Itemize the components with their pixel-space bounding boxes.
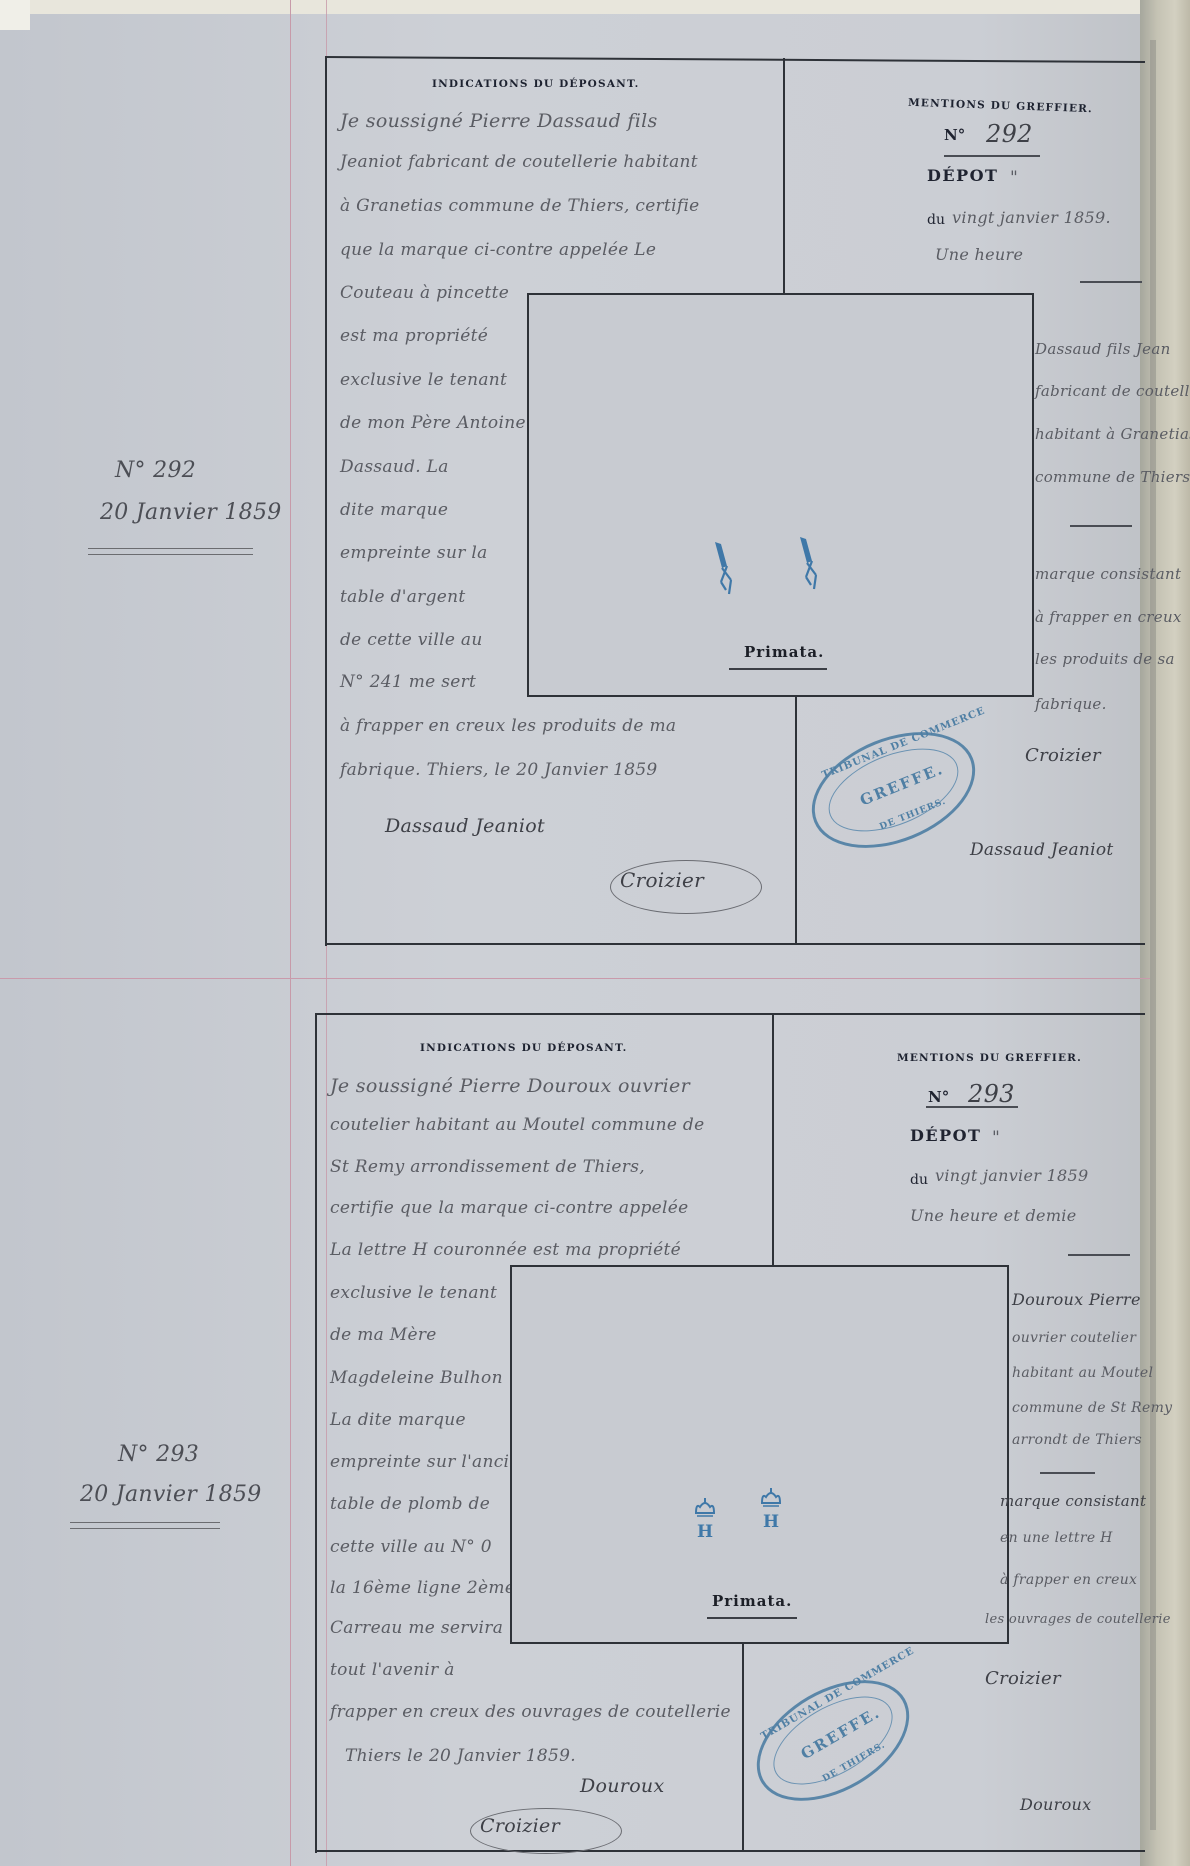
header-depositor: INDICATIONS DU DÉPOSANT.	[420, 1042, 627, 1054]
margin-note-number: N° 292	[115, 458, 196, 483]
number-value: 292	[986, 120, 1033, 148]
clerk-note-line: Douroux Pierre	[1012, 1290, 1141, 1309]
declaration-line: de mon Père Antoine	[340, 413, 526, 433]
header-depositor: INDICATIONS DU DÉPOSANT.	[432, 78, 639, 90]
declaration-line: est ma propriété	[340, 326, 488, 346]
number-label: N°	[944, 126, 965, 144]
clerk-note-line: commune de Thiers	[1035, 468, 1190, 486]
mark-box: H H Primata.	[510, 1265, 1009, 1644]
clerk-note-line: à frapper en creux	[1000, 1572, 1137, 1588]
page-corner	[0, 0, 30, 30]
clerk-note-line: commune de St Remy	[1012, 1400, 1172, 1416]
depot-label: DÉPOT	[927, 166, 998, 185]
number-label: N°	[928, 1088, 949, 1106]
number-underline	[926, 1106, 1018, 1108]
signature-flourish	[610, 860, 762, 914]
declaration-line: exclusive le tenant	[330, 1283, 497, 1303]
clerk-note-line: marque consistant	[1035, 565, 1181, 583]
declaration-line: frapper en creux des ouvrages de coutell…	[330, 1702, 731, 1722]
depositor-signature: Dassaud Jeaniot	[385, 815, 545, 837]
column-divider-lower	[795, 693, 797, 943]
clerk-note-separator	[1040, 1472, 1095, 1474]
crowned-h-mark-icon: H	[758, 1487, 784, 1531]
clerk-note-line: les produits de sa	[1035, 650, 1175, 668]
number-value: 293	[968, 1080, 1015, 1108]
mark-label-underline	[729, 668, 827, 670]
number-underline	[944, 155, 1040, 157]
declaration-line: Je soussigné Pierre Douroux ouvrier	[330, 1075, 690, 1097]
form-bottom-border	[315, 1850, 1145, 1852]
binding-shadow	[1150, 40, 1156, 1830]
crowned-h-mark-icon: H	[692, 1497, 718, 1541]
margin-note-underline	[70, 1522, 220, 1529]
depot-mark: "	[992, 1128, 1000, 1148]
svg-text:H: H	[763, 1512, 779, 1531]
declaration-line: à Granetias commune de Thiers, certifie	[340, 196, 700, 216]
header-clerk: MENTIONS DU GREFFIER.	[897, 1052, 1082, 1064]
depot-mark: "	[1010, 168, 1018, 188]
declaration-line: N° 241 me sert	[340, 672, 476, 692]
du-label: du	[910, 1172, 928, 1188]
declaration-line: exclusive le tenant	[340, 370, 507, 390]
deposit-time: Une heure	[935, 245, 1023, 264]
declaration-line: table de plomb de	[330, 1494, 490, 1514]
declaration-line: de ma Mère	[330, 1325, 437, 1345]
margin-note-date: 20 Janvier 1859	[100, 500, 282, 525]
declaration-line: de cette ville au	[340, 630, 483, 650]
right-signature: Dassaud Jeaniot	[970, 840, 1114, 860]
column-divider-upper	[783, 58, 785, 293]
declaration-line: Magdeleine Bulhon	[330, 1368, 503, 1388]
clerk-note-line: les ouvrages de coutellerie	[985, 1612, 1171, 1627]
margin-rule-left	[290, 0, 291, 1866]
clerk-notes-signature: Croizier	[985, 1668, 1061, 1689]
declaration-line: table d'argent	[340, 587, 466, 607]
mention-separator	[1068, 1254, 1130, 1256]
declaration-line: tout l'avenir à	[330, 1660, 455, 1680]
mark-box: Primata.	[527, 293, 1034, 697]
clerk-note-line: marque consistant	[1000, 1492, 1146, 1510]
declaration-line: certifie que la marque ci-contre appelée	[330, 1198, 688, 1218]
declaration-line: dite marque	[340, 500, 448, 520]
form-bottom-border	[325, 943, 1145, 945]
knife-mark-icon	[709, 540, 749, 600]
deposit-date: vingt janvier 1859	[935, 1166, 1089, 1185]
clerk-note-separator	[1070, 525, 1132, 527]
mark-label-underline	[707, 1617, 797, 1619]
mention-separator	[1080, 281, 1142, 283]
column-divider-upper	[772, 1015, 774, 1265]
mark-label: Primata.	[712, 1592, 792, 1610]
deposit-date: vingt janvier 1859.	[952, 208, 1111, 227]
page-top-edge	[0, 0, 1190, 14]
margin-note-date: 20 Janvier 1859	[80, 1482, 262, 1507]
declaration-line: que la marque ci-contre appelée Le	[340, 240, 656, 260]
clerk-note-line: à frapper en creux	[1035, 608, 1182, 626]
form-left-border	[315, 1013, 317, 1853]
margin-note-underline	[88, 548, 253, 555]
mark-label: Primata.	[744, 643, 824, 661]
declaration-line: Jeaniot fabricant de coutellerie habitan…	[340, 152, 698, 172]
clerk-note-line: habitant au Moutel	[1012, 1365, 1153, 1381]
declaration-line: Couteau à pincette	[340, 283, 509, 303]
declaration-line: coutelier habitant au Moutel commune de	[330, 1115, 704, 1135]
clerk-note-line: fabricant de coutellerie	[1035, 382, 1190, 400]
form-top-border	[315, 1013, 1145, 1015]
clerk-note-line: ouvrier coutelier	[1012, 1330, 1136, 1346]
declaration-line: la 16ème ligne 2ème	[330, 1578, 515, 1598]
declaration-line: Carreau me servira	[330, 1618, 503, 1638]
margin-note-number: N° 293	[118, 1442, 199, 1467]
column-divider-lower	[742, 1640, 744, 1850]
declaration-line: à frapper en creux les produits de ma	[340, 716, 676, 736]
knife-mark-icon	[794, 535, 834, 595]
right-signature: Douroux	[1020, 1795, 1091, 1814]
clerk-note-line: Dassaud fils Jean	[1035, 340, 1171, 358]
svg-text:H: H	[697, 1522, 713, 1541]
depot-label: DÉPOT	[910, 1126, 981, 1145]
declaration-line: La lettre H couronnée est ma propriété	[330, 1240, 681, 1260]
declaration-line: Dassaud. La	[340, 457, 449, 477]
declaration-line: Je soussigné Pierre Dassaud fils	[340, 110, 658, 132]
form-left-border	[325, 56, 327, 946]
clerk-note-line: habitant à Granetias	[1035, 425, 1190, 443]
entry-separator-rule	[0, 978, 1150, 979]
clerk-note-line: arrondt de Thiers	[1012, 1432, 1142, 1448]
du-label: du	[927, 212, 945, 228]
clerk-notes-signature: Croizier	[1025, 745, 1101, 766]
clerk-note-line: en une lettre H	[1000, 1530, 1113, 1546]
deposit-time: Une heure et demie	[910, 1206, 1076, 1225]
book-binding	[1140, 0, 1190, 1866]
declaration-line: empreinte sur la	[340, 543, 488, 563]
depositor-signature: Douroux	[580, 1775, 664, 1797]
signature-flourish	[470, 1808, 622, 1854]
declaration-line: fabrique. Thiers, le 20 Janvier 1859	[340, 760, 658, 780]
declaration-line: La dite marque	[330, 1410, 466, 1430]
declaration-line: cette ville au N° 0	[330, 1537, 492, 1557]
clerk-note-line: fabrique.	[1035, 695, 1107, 713]
declaration-line: Thiers le 20 Janvier 1859.	[345, 1746, 576, 1766]
declaration-line: St Remy arrondissement de Thiers,	[330, 1157, 645, 1177]
